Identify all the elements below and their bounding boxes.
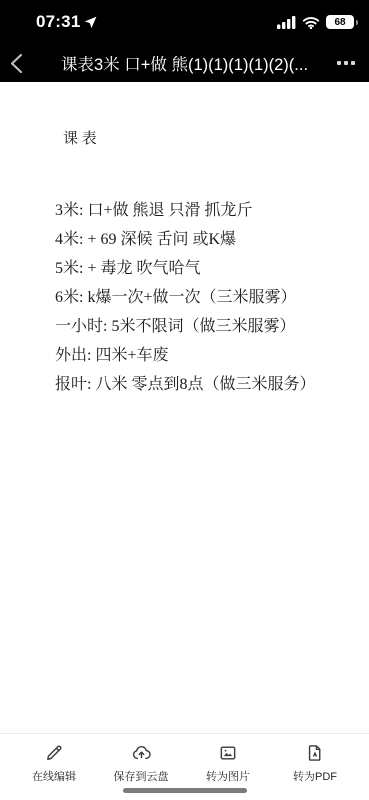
doc-line: 6米: k爆一次+做一次（三米服雾） bbox=[55, 289, 349, 306]
status-bar-left: 07:31 bbox=[36, 12, 98, 32]
image-icon bbox=[218, 743, 238, 763]
battery-percent: 68 bbox=[334, 17, 345, 28]
convert-to-pdf-button[interactable]: 转为PDF bbox=[275, 743, 355, 784]
dot bbox=[351, 61, 355, 65]
pencil-icon bbox=[44, 743, 64, 763]
wifi-icon bbox=[302, 16, 320, 29]
status-bar-right: 68 bbox=[277, 15, 357, 29]
doc-line: 报叶: 八米 零点到8点（做三米服务） bbox=[55, 376, 349, 393]
status-bar: 07:31 68 bbox=[0, 0, 369, 44]
toolbar-label: 在线编辑 bbox=[32, 768, 76, 784]
battery-icon: 68 bbox=[326, 15, 354, 29]
bottom-toolbar: 在线编辑 保存到云盘 转为图片 转为PDF bbox=[0, 733, 369, 800]
chevron-left-icon bbox=[10, 53, 23, 74]
doc-line: 一小时: 5米不限词（做三米服雾） bbox=[55, 318, 349, 335]
cloud-upload-icon bbox=[131, 743, 152, 763]
online-edit-button[interactable]: 在线编辑 bbox=[14, 743, 94, 784]
status-time: 07:31 bbox=[36, 12, 80, 32]
more-options-button[interactable] bbox=[323, 61, 359, 65]
document-viewer-app: 07:31 68 bbox=[0, 0, 369, 800]
toolbar-label: 转为PDF bbox=[293, 768, 337, 784]
doc-line: 3米: 口+做 熊退 只滑 抓龙斤 bbox=[55, 202, 349, 219]
document-page: 课 表 3米: 口+做 熊退 只滑 抓龙斤 4米: + 69 深候 舌问 或K爆… bbox=[0, 82, 369, 733]
nav-bar: 课表3米 口+做 熊(1)(1)(1)(1)(2)(... bbox=[0, 44, 369, 82]
doc-line: 外出: 四米+车废 bbox=[55, 347, 349, 364]
save-to-cloud-button[interactable]: 保存到云盘 bbox=[101, 743, 181, 784]
pdf-icon bbox=[305, 743, 325, 763]
back-button[interactable] bbox=[10, 53, 46, 74]
doc-line: 4米: + 69 深候 舌问 或K爆 bbox=[55, 231, 349, 248]
doc-line: 5米: + 毒龙 吹气哈气 bbox=[55, 260, 349, 277]
dot bbox=[344, 61, 348, 65]
cellular-signal-icon bbox=[277, 16, 296, 29]
dot bbox=[337, 61, 341, 65]
home-indicator[interactable] bbox=[123, 788, 247, 793]
document-title: 课表3米 口+做 熊(1)(1)(1)(1)(2)(... bbox=[46, 51, 323, 75]
toolbar-label: 转为图片 bbox=[206, 768, 250, 784]
convert-to-image-button[interactable]: 转为图片 bbox=[188, 743, 268, 784]
toolbar-label: 保存到云盘 bbox=[114, 768, 169, 784]
doc-heading: 课 表 bbox=[55, 127, 349, 148]
location-arrow-icon bbox=[83, 15, 98, 30]
